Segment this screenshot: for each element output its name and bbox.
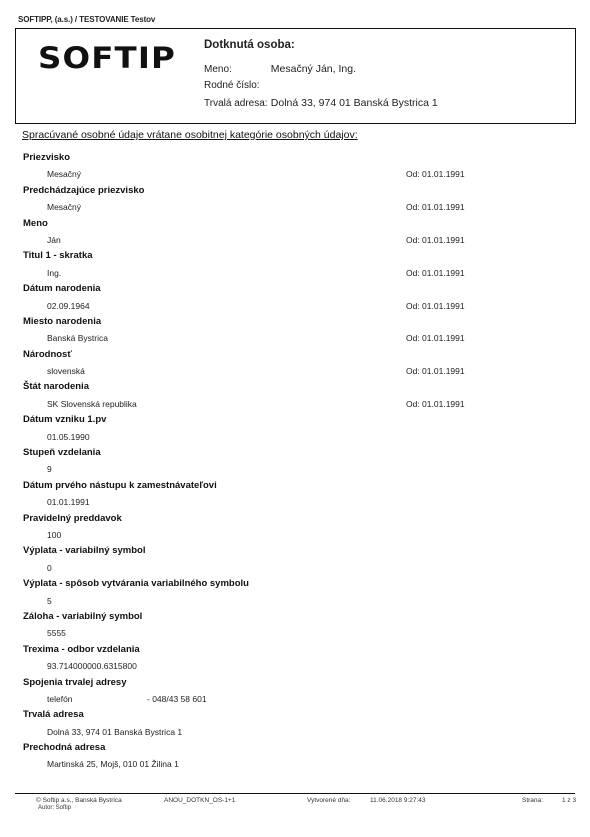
record-value: Ing.: [47, 268, 61, 278]
record-value: 5: [47, 596, 52, 606]
subject-address-row: Trvalá adresa: Dolná 33, 974 01 Banská B…: [204, 97, 438, 109]
data-subject-title: Dotknutá osoba:: [204, 39, 295, 51]
record-value-row: MesačnýOd: 01.01.1991: [0, 199, 590, 215]
section-heading: Spracúvané osobné údaje vrátane osobitne…: [22, 129, 358, 141]
record-value: Dolná 33, 974 01 Banská Bystrica 1: [47, 727, 182, 737]
subject-birth-number-row: Rodné číslo:: [204, 80, 271, 91]
subject-name-label: Meno:: [204, 64, 268, 75]
record-label: Meno: [0, 216, 590, 232]
record-value: 9: [47, 464, 52, 474]
subject-address-label: Trvalá adresa:: [204, 98, 268, 109]
record-value-row: 01.01.1991: [0, 494, 590, 510]
record-value-row: Martinská 25, Mojš, 010 01 Žilina 1: [0, 756, 590, 772]
record-label: Dátum narodenia: [0, 281, 590, 297]
record-label: Predchádzajúce priezvisko: [0, 183, 590, 199]
personal-data-list: PriezviskoMesačnýOd: 01.01.1991Predchádz…: [0, 150, 590, 773]
record-value-row: SK Slovenská republikaOd: 01.01.1991: [0, 396, 590, 412]
record-label: Výplata - variabilný symbol: [0, 543, 590, 559]
record-label: Výplata - spôsob vytvárania variabilného…: [0, 576, 590, 592]
record-label: Priezvisko: [0, 150, 590, 166]
data-subject-header: SOFTIP Dotknutá osoba: Meno: Mesačný Ján…: [15, 28, 576, 124]
record-value: Ján: [47, 235, 61, 245]
record-label: Pravidelný preddavok: [0, 511, 590, 527]
footer-page-value: 1 z 3: [562, 797, 576, 804]
record-label: Dátum prvého nástupu k zamestnávateľovi: [0, 478, 590, 494]
record-value-row: 100: [0, 527, 590, 543]
subject-name-row: Meno: Mesačný Ján, Ing.: [204, 63, 356, 75]
record-label: Národnosť: [0, 347, 590, 363]
record-label: Štát narodenia: [0, 379, 590, 395]
record-value-row: Dolná 33, 974 01 Banská Bystrica 1: [0, 724, 590, 740]
record-value: 100: [47, 530, 61, 540]
record-value: 01.05.1990: [47, 432, 90, 442]
record-label: Spojenia trvalej adresy: [0, 675, 590, 691]
footer-page-label: Strana:: [522, 797, 543, 804]
record-value: Martinská 25, Mojš, 010 01 Žilina 1: [47, 759, 179, 769]
record-valid-from: Od: 01.01.1991: [406, 396, 465, 412]
record-value: 02.09.1964: [47, 301, 90, 311]
record-value: SK Slovenská republika: [47, 399, 137, 409]
record-value: 93.714000000.6315800: [47, 661, 137, 671]
record-label: Miesto narodenia: [0, 314, 590, 330]
record-value: Mesačný: [47, 169, 81, 179]
record-valid-from: Od: 01.01.1991: [406, 265, 465, 281]
record-value: 5555: [47, 628, 66, 638]
contact-type: telefón: [47, 691, 147, 707]
record-valid-from: Od: 01.01.1991: [406, 330, 465, 346]
footer-report-code: ANOU_DOTKN_OS-1+1: [164, 797, 235, 804]
record-value-row: 93.714000000.6315800: [0, 658, 590, 674]
record-value-row: 9: [0, 461, 590, 477]
record-value: 01.01.1991: [47, 497, 90, 507]
record-label: Titul 1 - skratka: [0, 248, 590, 264]
record-label: Záloha - variabilný symbol: [0, 609, 590, 625]
subject-address-value: Dolná 33, 974 01 Banská Bystrica 1: [271, 97, 438, 109]
record-valid-from: Od: 01.01.1991: [406, 199, 465, 215]
record-value: slovenská: [47, 366, 85, 376]
record-value-row: MesačnýOd: 01.01.1991: [0, 166, 590, 182]
record-label: Stupeň vzdelania: [0, 445, 590, 461]
record-value-row: 5555: [0, 625, 590, 641]
subject-birth-number-label: Rodné číslo:: [204, 80, 268, 91]
document-owner-title: SOFTIPP, (a.s.) / TESTOVANIE Testov: [18, 15, 155, 24]
footer-created-value: 11.06.2018 9:27:43: [370, 797, 426, 804]
record-value-row: Ing.Od: 01.01.1991: [0, 265, 590, 281]
record-value-row: 01.05.1990: [0, 429, 590, 445]
record-value-row: telefón- 048/43 58 601: [0, 691, 590, 707]
record-label: Dátum vzniku 1.pv: [0, 412, 590, 428]
record-value-row: Banská BystricaOd: 01.01.1991: [0, 330, 590, 346]
record-value: 0: [47, 563, 52, 573]
record-label: Prechodná adresa: [0, 740, 590, 756]
record-value-row: slovenskáOd: 01.01.1991: [0, 363, 590, 379]
record-value: - 048/43 58 601: [147, 694, 207, 704]
softip-logo: SOFTIP: [38, 41, 176, 75]
record-label: Trexima - odbor vzdelania: [0, 642, 590, 658]
subject-name-value: Mesačný Ján, Ing.: [271, 63, 356, 75]
footer-created-label: Vytvorené dňa:: [307, 797, 350, 804]
record-value-row: JánOd: 01.01.1991: [0, 232, 590, 248]
record-value: Banská Bystrica: [47, 333, 108, 343]
record-valid-from: Od: 01.01.1991: [406, 166, 465, 182]
record-value: Mesačný: [47, 202, 81, 212]
footer-copyright: © Softip a.s., Banská Bystrica: [36, 797, 122, 804]
record-valid-from: Od: 01.01.1991: [406, 298, 465, 314]
record-value-row: 02.09.1964Od: 01.01.1991: [0, 298, 590, 314]
footer-divider: [15, 793, 575, 794]
record-value-row: 5: [0, 593, 590, 609]
record-valid-from: Od: 01.01.1991: [406, 232, 465, 248]
footer-author: Autor: Softip: [38, 805, 71, 811]
record-value-row: 0: [0, 560, 590, 576]
record-label: Trvalá adresa: [0, 707, 590, 723]
record-valid-from: Od: 01.01.1991: [406, 363, 465, 379]
